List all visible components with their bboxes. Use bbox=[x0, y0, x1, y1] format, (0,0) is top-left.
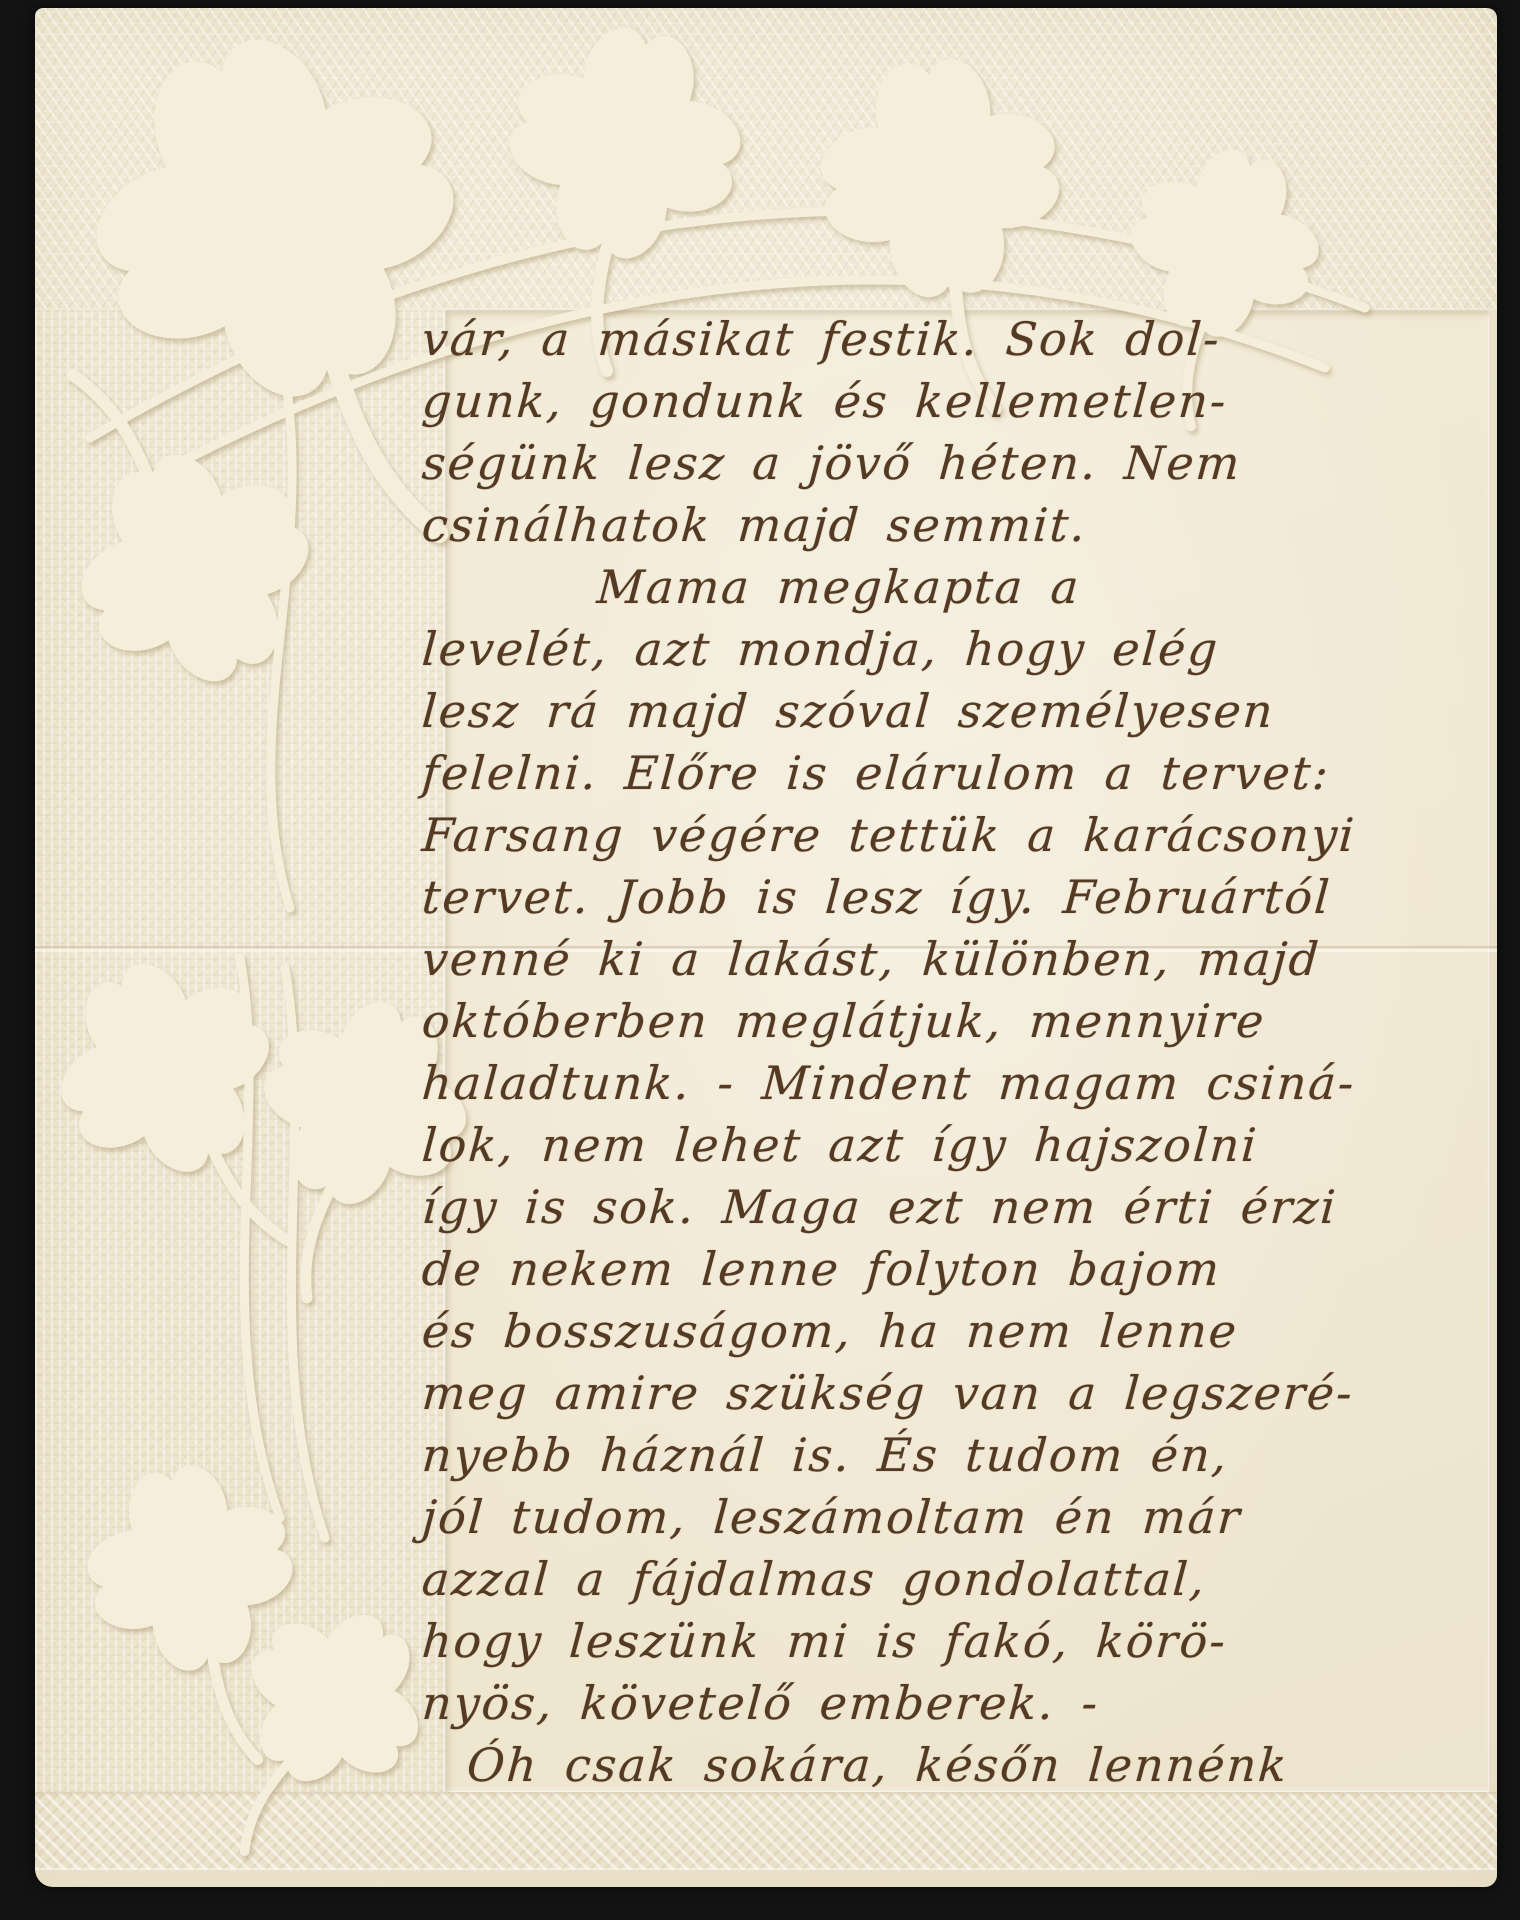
letter-line: lesz rá majd szóval személyesen bbox=[420, 680, 1475, 742]
scanned-letter-photo: vár, a másikat festik. Sok dol-gunk, gon… bbox=[0, 0, 1520, 1920]
letter-line: és bosszuságom, ha nem lenne bbox=[420, 1300, 1475, 1362]
clover-stem-vertical bbox=[270, 308, 292, 908]
clover-motif bbox=[35, 315, 345, 719]
letter-line: jól tudom, leszámoltam én már bbox=[420, 1486, 1475, 1548]
clover-stem-vertical bbox=[285, 968, 325, 1538]
letter-line: lok, nem lehet azt így hajszolni bbox=[420, 1114, 1475, 1176]
clover-motif bbox=[71, 1449, 331, 1786]
letter-line: ségünk lesz a jövő héten. Nem bbox=[420, 432, 1475, 494]
letter-line: Farsang végére tettük a karácsonyi bbox=[420, 804, 1475, 866]
clover-stem-vertical bbox=[240, 958, 280, 1518]
letter-line: de nekem lenne folyton bajom bbox=[420, 1238, 1475, 1300]
letter-line: hogy leszünk mi is fakó, körö- bbox=[420, 1610, 1475, 1672]
letter-line: felelni. Előre is elárulom a tervet: bbox=[420, 742, 1475, 804]
letter-line: venné ki a lakást, különben, majd bbox=[420, 928, 1475, 990]
letter-line: tervet. Jobb is lesz így. Februártól bbox=[420, 866, 1475, 928]
letter-line: haladtunk. - Mindent magam csiná- bbox=[420, 1052, 1475, 1114]
embossed-herringbone-strip bbox=[35, 1792, 1497, 1870]
letter-line: nyebb háznál is. És tudom én, bbox=[420, 1424, 1475, 1486]
letter-line: októberben meglátjuk, mennyire bbox=[420, 990, 1475, 1052]
letter-line: Mama megkapta a bbox=[420, 556, 1475, 618]
letter-paper-sheet: vár, a másikat festik. Sok dol-gunk, gon… bbox=[35, 8, 1497, 1887]
letter-line: gunk, gondunk és kellemetlen- bbox=[420, 370, 1475, 432]
letter-line: meg amire szükség van a legszeré- bbox=[420, 1362, 1475, 1424]
embossed-border-top bbox=[35, 8, 1497, 310]
letter-line: levelét, azt mondja, hogy elég bbox=[420, 618, 1475, 680]
clover-motif bbox=[157, 1574, 459, 1887]
embossed-border-left bbox=[35, 310, 445, 1792]
letter-line: Óh csak sokára, későn lennénk bbox=[420, 1734, 1475, 1796]
letter-line: csinálhatok majd semmit. bbox=[420, 494, 1475, 556]
letter-body: vár, a másikat festik. Sok dol-gunk, gon… bbox=[420, 308, 1471, 1796]
letter-line: azzal a fájdalmas gondolattal, bbox=[420, 1548, 1475, 1610]
letter-line: nyös, követelő emberek. - bbox=[420, 1672, 1475, 1734]
letter-line: vár, a másikat festik. Sok dol- bbox=[420, 308, 1475, 370]
clover-motif bbox=[35, 926, 356, 1302]
letter-line: így is sok. Maga ezt nem érti érzi bbox=[420, 1176, 1475, 1238]
